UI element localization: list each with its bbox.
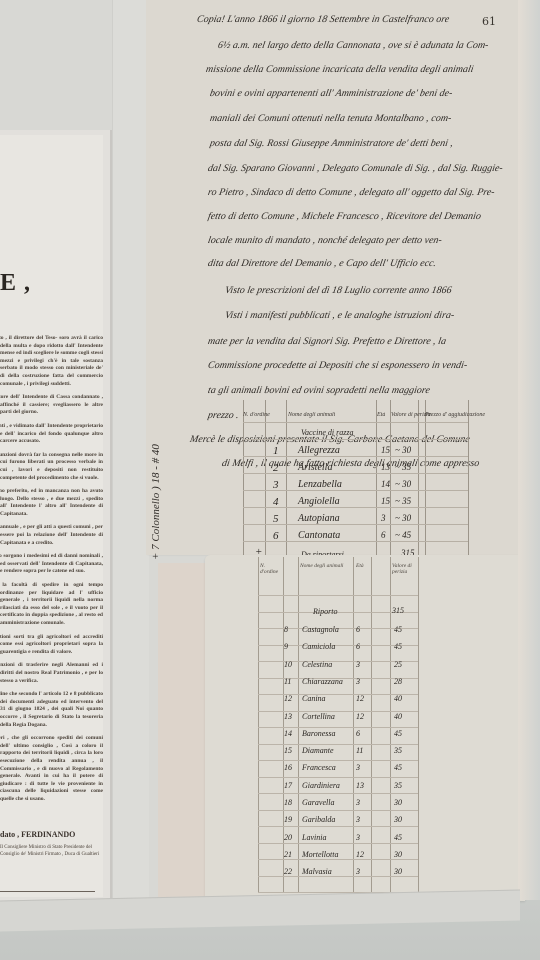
animal-age: 15 <box>381 445 390 455</box>
animal-age: 12 <box>356 694 364 703</box>
row-number: 22 <box>284 867 292 876</box>
decree-paragraph: Le questioni sorti tra gli agricoltori e… <box>0 634 103 657</box>
animal-age: 6 <box>356 729 360 738</box>
animal-value: 30 <box>394 867 402 876</box>
lower-ledger-table: N. d'ordineNome degli animaliEtàValore d… <box>258 557 418 893</box>
decree-rule <box>0 891 95 892</box>
animal-age: 13 <box>356 781 364 790</box>
animal-name: Lenzabella <box>298 479 342 490</box>
manuscript-line: dal Sig. Sparano Giovanni , Delegato Com… <box>207 163 504 174</box>
animal-name: Cantonata <box>298 530 340 541</box>
animal-value: 40 <box>394 712 402 721</box>
animal-value: 45 <box>394 625 402 634</box>
animal-name: Celestina <box>302 660 332 669</box>
table-rule <box>390 400 391 562</box>
table-rule <box>258 595 418 596</box>
animal-age: 12 <box>356 850 364 859</box>
row-number: 15 <box>284 746 292 755</box>
animal-name: Garavella <box>302 798 334 807</box>
animal-name: Baronessa <box>302 729 335 738</box>
tan-backing-strip <box>158 563 208 901</box>
decree-paragraph: Il ricevitore dell' Intendente di Cassa … <box>0 394 103 417</box>
table-rule <box>286 400 287 562</box>
manuscript-line: mate per la vendita dai Signori Sig. Pre… <box>207 336 447 347</box>
animal-value: 40 <box>394 694 402 703</box>
animal-name: Castagnola <box>302 625 339 634</box>
table-rule <box>258 777 418 778</box>
side-note: + 7 Colonnello ) 18 - # 40 <box>150 385 172 565</box>
table-rule <box>418 400 419 562</box>
animal-value: 30 <box>394 850 402 859</box>
decree-paragraph: Intanto la facoltà di spedire in ogni te… <box>0 582 103 628</box>
manuscript-line: Copia! L'anno 1866 il giorno 18 Settembr… <box>196 14 450 25</box>
table-rule <box>376 400 377 562</box>
page-number: 61 <box>482 15 496 28</box>
decree-paragraph: Delle funzioni di trasferire negli Alema… <box>0 662 103 685</box>
row-number: 17 <box>284 781 292 790</box>
animal-age: 3 <box>356 815 360 824</box>
animal-age: 3 <box>356 677 360 686</box>
animal-value: 30 <box>394 815 402 824</box>
table-rule <box>258 793 418 794</box>
manuscript-line: prezzo . <box>207 410 240 421</box>
row-number: 19 <box>284 815 292 824</box>
row-number: 9 <box>284 642 288 651</box>
animal-age: 3 <box>356 763 360 772</box>
table-rule <box>258 859 418 860</box>
upper-ledger-table: N. d'ordineNome degli animaliEtàValore d… <box>243 400 468 560</box>
printed-decree: E , incaricato , il direttore del Teso- … <box>0 135 103 897</box>
row-number: 12 <box>284 694 292 703</box>
decree-heading: E , <box>0 270 31 297</box>
row-number: 13 <box>284 712 292 721</box>
animal-name: Canina <box>302 694 326 703</box>
mount-strip <box>112 0 149 915</box>
decree-subscript: Il Consigliere Ministro di Stato Preside… <box>0 845 100 858</box>
animal-name: Francesca <box>302 763 336 772</box>
manuscript-line: ro Pietro , Sindaco di detto Comune , de… <box>207 187 495 198</box>
animal-value: ~ 30 <box>395 445 411 455</box>
manuscript-line: Commissione procedette ai Depositi che s… <box>207 360 468 371</box>
decree-body: incaricato , il direttore del Teso- soro… <box>0 335 103 809</box>
brought-forward-value: 315 <box>392 606 404 615</box>
manuscript-line: locale munito di mandato , nonché delega… <box>207 235 443 246</box>
table-header: N. d'ordine <box>260 563 284 575</box>
row-number: 2 <box>273 462 279 474</box>
animal-age: 15 <box>381 496 390 506</box>
manuscript-line: missione della Commissione incaricata de… <box>205 64 474 75</box>
animal-value: 45 <box>394 833 402 842</box>
row-number: 3 <box>273 479 279 491</box>
manuscript-line: Visto le prescrizioni del dì 18 Luglio c… <box>224 285 453 296</box>
table-header: Prezzo d' aggiudicazione <box>425 412 485 418</box>
row-number: 5 <box>273 513 279 525</box>
animal-age: 12 <box>356 712 364 721</box>
animal-value: 35 <box>394 781 402 790</box>
animal-age: 3 <box>356 798 360 807</box>
animal-name: Giardiniera <box>302 781 340 790</box>
animal-value: ~ 30 <box>395 479 411 489</box>
row-number: 11 <box>284 677 291 686</box>
animal-value: 30 <box>394 798 402 807</box>
animal-name: Mortellotta <box>302 850 338 859</box>
decree-paragraph: I tesorieri , che gli occorrono spediti … <box>0 735 103 803</box>
animal-name: Chiarazzana <box>302 677 343 686</box>
animal-age: 6 <box>356 642 360 651</box>
animal-name: Allegrezza <box>298 445 340 456</box>
animal-value: ~ 30 <box>395 513 411 523</box>
animal-value: 35 <box>394 746 402 755</box>
animal-name: Camiciola <box>302 642 335 651</box>
animal-value: 28 <box>394 677 402 686</box>
animal-age: 3 <box>356 660 360 669</box>
decree-paragraph: Dell' anno preferito, ed in mancanza non… <box>0 488 103 518</box>
animal-name: Aristella <box>298 462 332 473</box>
animal-age: 3 <box>356 833 360 842</box>
row-number: 6 <box>273 530 279 542</box>
animal-name: Diamante <box>302 746 334 755</box>
animal-value: ~ 45 <box>395 530 411 540</box>
animal-name: Garibalda <box>302 815 335 824</box>
manuscript-line: dita dal Direttore del Demanio , e Capo … <box>207 258 437 269</box>
animal-value: 45 <box>394 642 402 651</box>
animal-name: Cortellina <box>302 712 335 721</box>
table-rule <box>418 557 419 893</box>
decree-signature: dato , FERDINANDO <box>0 830 75 839</box>
animal-age: 3 <box>356 867 360 876</box>
animal-name: Autopiana <box>298 513 340 524</box>
table-header: Valore di perizia <box>392 563 416 575</box>
animal-age: 6 <box>381 530 386 540</box>
right-edge <box>518 0 540 900</box>
decree-paragraph: Pagamenti , e vidimato dall' Intendente … <box>0 423 103 446</box>
table-header: Età <box>377 412 385 418</box>
row-number: 10 <box>284 660 292 669</box>
table-rule <box>258 760 418 761</box>
manuscript-line: 6½ a.m. nel largo detto della Cannonata … <box>217 40 489 51</box>
animal-age: 3 <box>381 513 386 523</box>
decree-paragraph: Dell' ordine che secondo l' articolo 12 … <box>0 691 103 729</box>
table-rule <box>258 843 418 844</box>
table-rule <box>258 744 418 745</box>
side-note-text: + 7 Colonnello ) 18 - # 40 <box>150 444 162 560</box>
table-header: Nome degli animali <box>288 412 335 418</box>
table-header: Età <box>356 563 380 569</box>
manuscript-line: maniali dei Comuni ottenuti nella tenuta… <box>209 113 452 124</box>
table-rule <box>243 439 468 440</box>
animal-age: 11 <box>356 746 363 755</box>
animal-value: 45 <box>394 729 402 738</box>
table-rule <box>243 400 244 562</box>
animal-value: ~ 35 <box>395 496 411 506</box>
table-section-label: Vaccine di razza <box>301 428 353 437</box>
decree-paragraph: Verifica annuale , e per gli atti a ques… <box>0 524 103 547</box>
decree-paragraph: Le sue funzioni dovrà far la consegna ne… <box>0 452 103 482</box>
animal-name: Angiolella <box>298 496 340 507</box>
row-number: 1 <box>273 445 279 457</box>
animal-age: 6 <box>356 625 360 634</box>
animal-age: 14 <box>381 479 390 489</box>
table-header: N. d'ordine <box>243 412 270 418</box>
animal-value: 45 <box>394 763 402 772</box>
row-number: 18 <box>284 798 292 807</box>
table-rule <box>265 400 266 562</box>
manuscript-line: bovini e ovini appartenenti all' Amminis… <box>209 88 453 99</box>
manuscript-line: fetto di detto Comune , Michele Francesc… <box>207 211 482 222</box>
decree-paragraph: incaricato , il direttore del Teso- soro… <box>0 335 103 388</box>
table-rule <box>468 400 469 562</box>
animal-value: 25 <box>394 660 402 669</box>
decree-paragraph: Di mezzo sorgono i medesimi ed di danni … <box>0 553 103 576</box>
row-number: 8 <box>284 625 288 634</box>
manuscript-line: Visti i manifesti pubblicati , e le anal… <box>224 310 455 321</box>
table-rule <box>243 422 468 423</box>
table-rule <box>258 810 418 811</box>
manuscript-line: ta gli animali bovini ed ovini sopradett… <box>207 385 431 396</box>
row-number: 14 <box>284 729 292 738</box>
brought-forward-label: Riporto <box>313 607 337 616</box>
animal-name: Lavinia <box>302 833 326 842</box>
row-number: 21 <box>284 850 292 859</box>
table-header: Nome degli animali <box>300 563 352 569</box>
animal-name: Malvasia <box>302 867 332 876</box>
animal-age: 13 <box>381 462 390 472</box>
manuscript-line: posta dal Sig. Rossi Giuseppe Amministra… <box>209 138 454 149</box>
row-number: 4 <box>273 496 279 508</box>
animal-value: ~ 35 <box>395 462 411 472</box>
table-rule <box>425 400 426 562</box>
row-number: 20 <box>284 833 292 842</box>
row-number: 16 <box>284 763 292 772</box>
table-rule <box>258 826 418 827</box>
